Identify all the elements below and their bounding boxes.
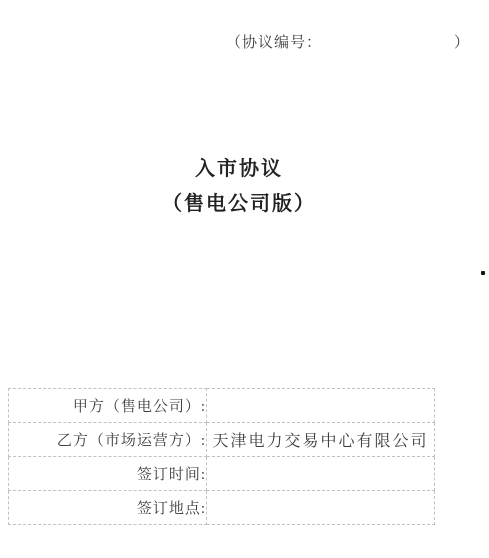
party-b-value-cell: 天津电力交易中心有限公司 — [207, 423, 435, 457]
table-row-party-b: 乙方（市场运营方）: 天津电力交易中心有限公司 — [9, 423, 435, 457]
agreement-number-blank — [322, 46, 454, 47]
agreement-number-suffix: ） — [454, 31, 470, 52]
party-a-value-cell — [207, 389, 435, 423]
signing-place-label: 签订地点: — [9, 491, 207, 525]
agreement-number-line: （协议编号： ） — [226, 31, 470, 52]
table-row-party-a: 甲方（售电公司）: — [9, 389, 435, 423]
table-row-signing-place: 签订地点: — [9, 491, 435, 525]
signing-place-value-cell — [207, 491, 435, 525]
signature-table: 甲方（售电公司）: 乙方（市场运营方）: 天津电力交易中心有限公司 签订时间: … — [8, 388, 435, 525]
document-page: （协议编号： ） 入市协议 （售电公司版） 甲方（售电公司）: 乙方（市场运营方… — [0, 0, 489, 558]
signing-time-value-cell — [207, 457, 435, 491]
signing-time-label: 签订时间: — [9, 457, 207, 491]
party-a-label: 甲方（售电公司）: — [9, 389, 207, 423]
document-title: 入市协议 （售电公司版） — [0, 152, 478, 222]
table-row-signing-time: 签订时间: — [9, 457, 435, 491]
document-title-line1: 入市协议 — [0, 152, 478, 187]
document-title-line2: （售电公司版） — [0, 187, 478, 222]
agreement-number-prefix: （协议编号： — [226, 31, 322, 52]
party-b-label: 乙方（市场运营方）: — [9, 423, 207, 457]
ink-dot-artifact — [481, 271, 485, 275]
